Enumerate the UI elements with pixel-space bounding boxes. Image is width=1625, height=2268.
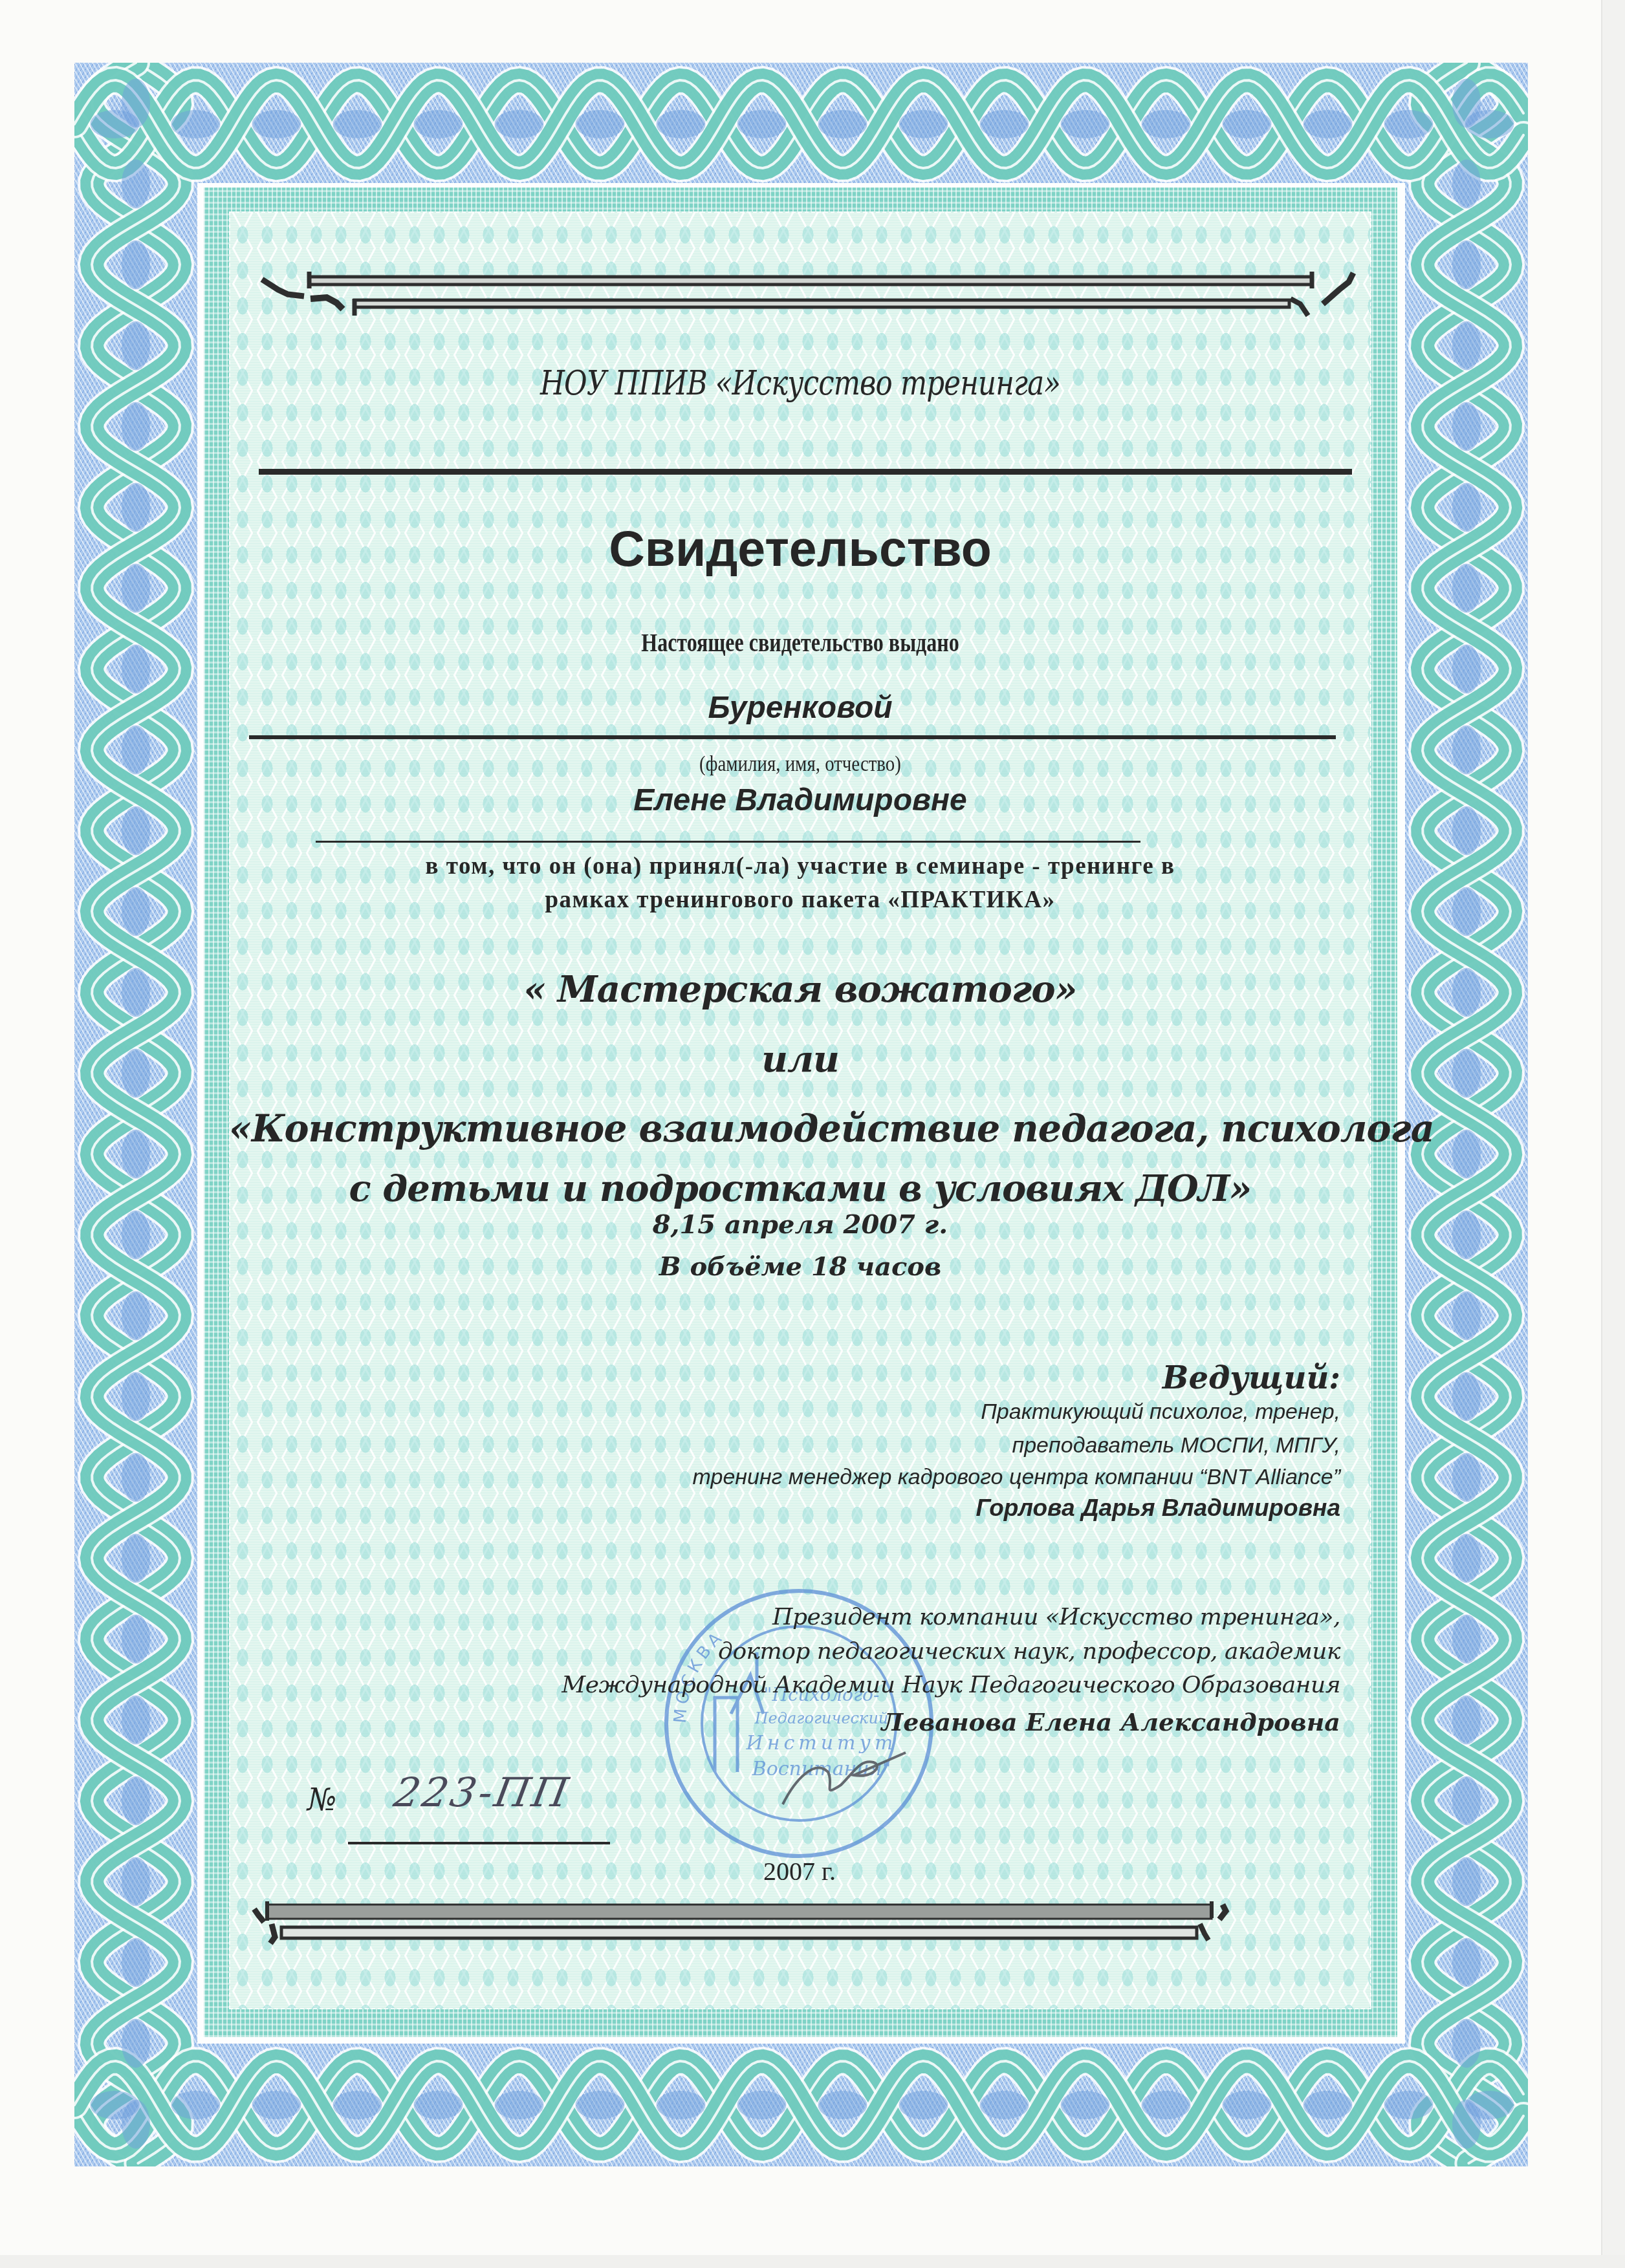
organization-name: НОУ ППИВ «Искусство тренинга» — [332, 363, 1269, 403]
issue-year: 2007 г. — [763, 1856, 836, 1886]
number-label: № — [307, 1782, 336, 1818]
stamp-line-2: Педагогический — [754, 1709, 889, 1727]
leader-line-1: Практикующий психолог, тренер, — [981, 1399, 1340, 1425]
number-rule — [348, 1842, 610, 1844]
president-line-2: доктор педагогических наук, профессор, а… — [718, 1638, 1340, 1665]
fio-caption: (фамилия, имя, отчество) — [314, 752, 1285, 777]
course-alt-title-line-2: с детьми и подростками в условиях ДОЛ» — [229, 1167, 1371, 1210]
course-alt-title-line-1: «Конструктивное взаимодействие педагога,… — [229, 1107, 1371, 1150]
president-line-3: Международной Академии Наук Педагогическ… — [562, 1672, 1340, 1698]
stamp-line-3: Институт — [746, 1732, 897, 1755]
course-title: « Мастерская вожатого» — [229, 968, 1371, 1011]
recipient-surname: Буренковой — [229, 690, 1371, 726]
leader-line-3: тренинг менеджер кадрового центра компан… — [693, 1465, 1340, 1490]
certificate-title: Свидетельство — [229, 521, 1371, 578]
president-name: Леванова Елена Александровна — [882, 1707, 1340, 1736]
paper-edge — [1601, 0, 1625, 2268]
course-or: или — [229, 1038, 1371, 1081]
paper-bottom-edge — [0, 2255, 1625, 2268]
course-dates: 8,15 апреля 2007 г. — [229, 1209, 1371, 1240]
president-line-1: Президент компании «Искусство тренинга», — [772, 1604, 1340, 1630]
leader-label: Ведущий: — [1162, 1360, 1340, 1396]
leader-line-2: преподаватель МОСПИ, МПГУ, — [1012, 1433, 1340, 1458]
statement-line-2: рамках тренингового пакета «ПРАКТИКА» — [229, 886, 1371, 914]
certificate-number: 223-ПП — [391, 1769, 574, 1816]
statement-line-1: в том, что он (она) принял(-ла) участие … — [229, 852, 1371, 880]
course-hours: В объёме 18 часов — [229, 1251, 1371, 1282]
leader-name: Горлова Дарья Владимировна — [976, 1495, 1340, 1522]
recipient-given-names: Елене Владимировне — [229, 783, 1371, 818]
issued-to-label: Настоящее свидетельство выдано — [344, 627, 1258, 658]
